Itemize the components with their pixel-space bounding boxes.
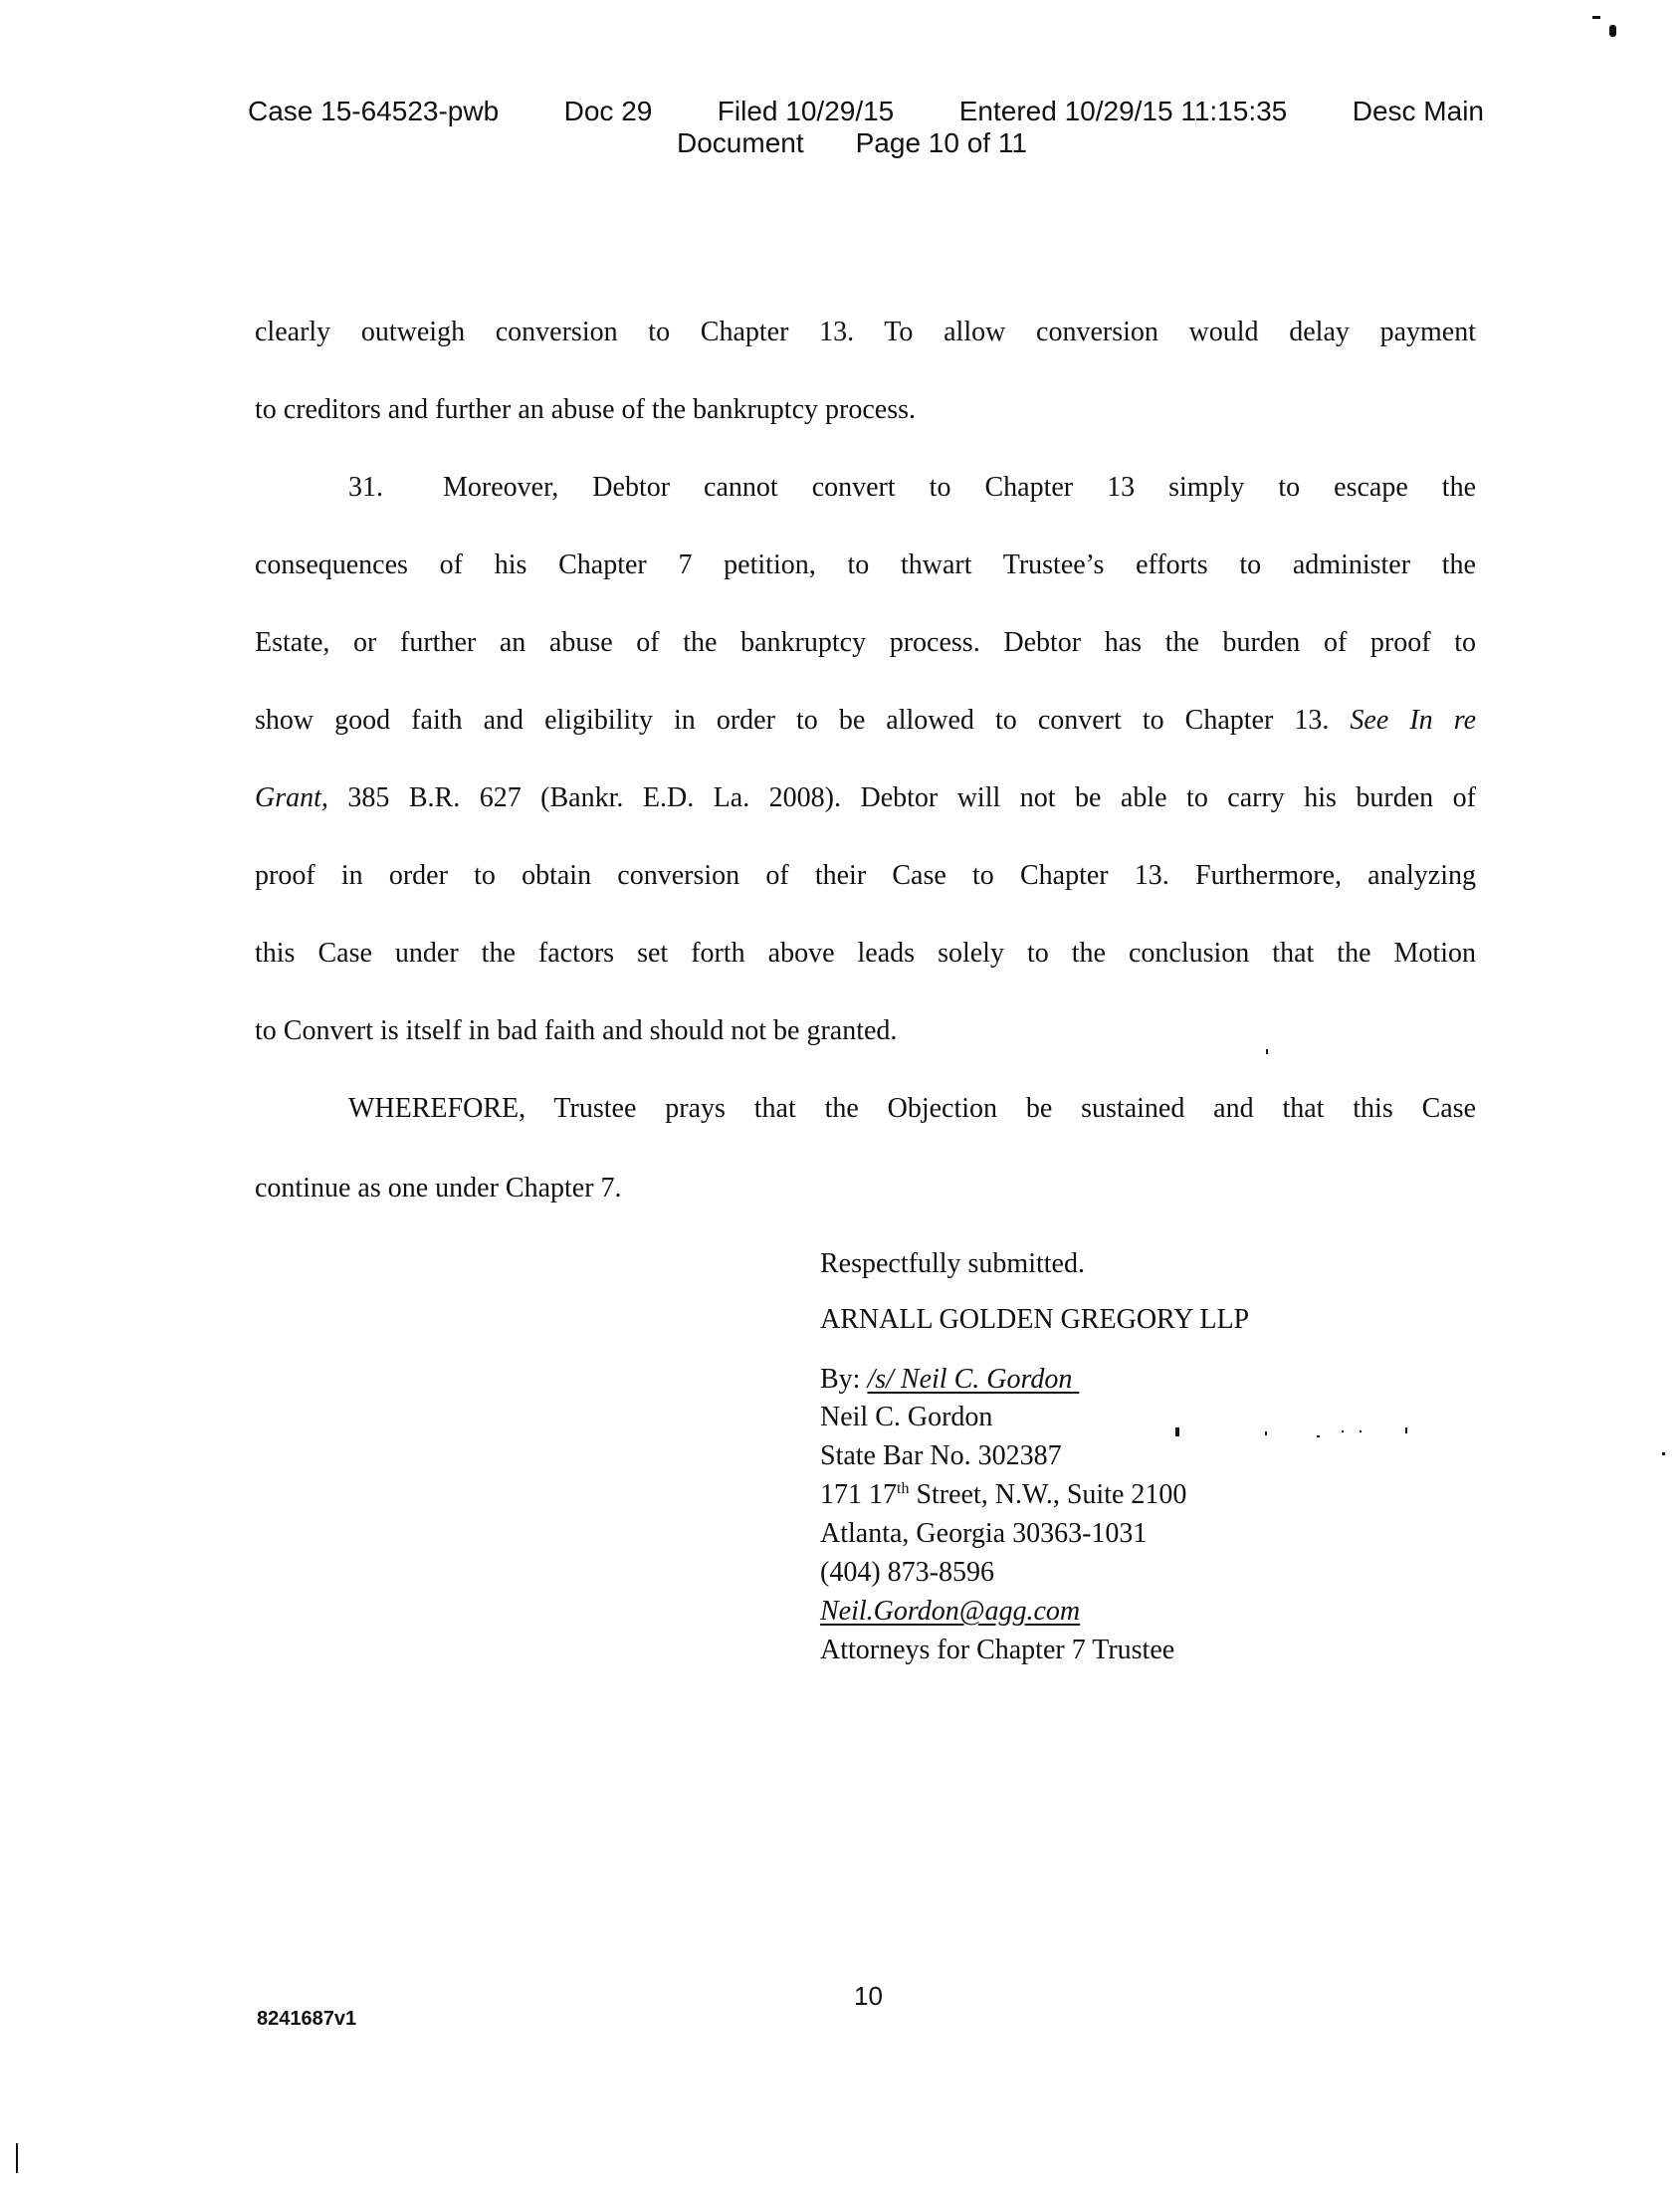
address-line-1: 171 17th Street, N.W., Suite 2100 <box>820 1481 1186 1509</box>
paragraph-31-line: to Convert is itself in bad faith and sh… <box>255 1017 1476 1045</box>
signature-line: By: /s/ Neil C. Gordon <box>820 1366 1079 1394</box>
bar-number: State Bar No. 302387 <box>820 1442 1062 1470</box>
attorney-role: Attorneys for Chapter 7 Trustee <box>820 1637 1174 1664</box>
filing-header: Case 15-64523-pwb Doc 29 Filed 10/29/15 … <box>248 98 1484 125</box>
case-citation: Grant, <box>255 782 328 813</box>
entered-date: Entered 10/29/15 11:15:35 <box>959 98 1288 125</box>
page-indicator: Page 10 of 11 <box>856 129 1027 157</box>
scan-artifact <box>1265 1431 1267 1435</box>
wherefore-line: continue as one under Chapter 7. <box>255 1175 1476 1203</box>
document-label: Document <box>677 129 804 157</box>
scan-artifact <box>1592 16 1600 19</box>
scan-artifact <box>1609 25 1616 37</box>
attorney-name: Neil C. Gordon <box>820 1404 992 1431</box>
case-citation: See In re <box>1350 705 1476 736</box>
scan-artifact <box>1662 1452 1665 1455</box>
paragraph-31-line: this Case under the factors set forth ab… <box>255 940 1476 968</box>
paragraph-number: 31. <box>348 474 443 502</box>
scan-artifact <box>1360 1430 1362 1432</box>
scan-artifact <box>16 2143 18 2173</box>
paragraph-31-line: Estate, or further an abuse of the bankr… <box>255 629 1476 657</box>
body-line: to creditors and further an abuse of the… <box>255 396 1476 424</box>
email-link[interactable]: Neil.Gordon@agg.com <box>820 1598 1080 1626</box>
document-id: 8241687v1 <box>257 2008 356 2031</box>
filed-date: Filed 10/29/15 <box>718 98 894 125</box>
paragraph-31-line: proof in order to obtain conversion of t… <box>255 862 1476 890</box>
scan-artifact <box>1317 1435 1320 1437</box>
doc-number: Doc 29 <box>564 98 653 125</box>
paragraph-31-line: 31.Moreover, Debtor cannot convert to Ch… <box>348 474 1476 502</box>
scan-artifact <box>1342 1430 1344 1432</box>
phone-number: (404) 873-8596 <box>820 1559 994 1587</box>
closing: Respectfully submitted. <box>820 1250 1085 1278</box>
paragraph-31-line: show good faith and eligibility in order… <box>255 707 1476 735</box>
address-line-2: Atlanta, Georgia 30363-1031 <box>820 1520 1147 1548</box>
document-page: Case 15-64523-pwb Doc 29 Filed 10/29/15 … <box>0 0 1680 2188</box>
description: Desc Main <box>1353 98 1484 125</box>
paragraph-31-line: consequences of his Chapter 7 petition, … <box>255 551 1476 579</box>
case-number: Case 15-64523-pwb <box>248 98 499 125</box>
wherefore-line: WHEREFORE, Trustee prays that the Object… <box>348 1095 1476 1123</box>
page-number: 10 <box>854 1981 883 2012</box>
firm-name: ARNALL GOLDEN GREGORY LLP <box>820 1306 1249 1334</box>
scan-artifact <box>1405 1427 1407 1433</box>
filing-header-row2: Document Page 10 of 11 <box>677 129 1027 157</box>
electronic-signature: /s/ Neil C. Gordon <box>867 1364 1072 1395</box>
scan-artifact <box>1266 1049 1268 1054</box>
body-line: clearly outweigh conversion to Chapter 1… <box>255 319 1476 346</box>
scan-artifact <box>1175 1427 1179 1436</box>
paragraph-31-line: Grant, 385 B.R. 627 (Bankr. E.D. La. 200… <box>255 784 1476 812</box>
